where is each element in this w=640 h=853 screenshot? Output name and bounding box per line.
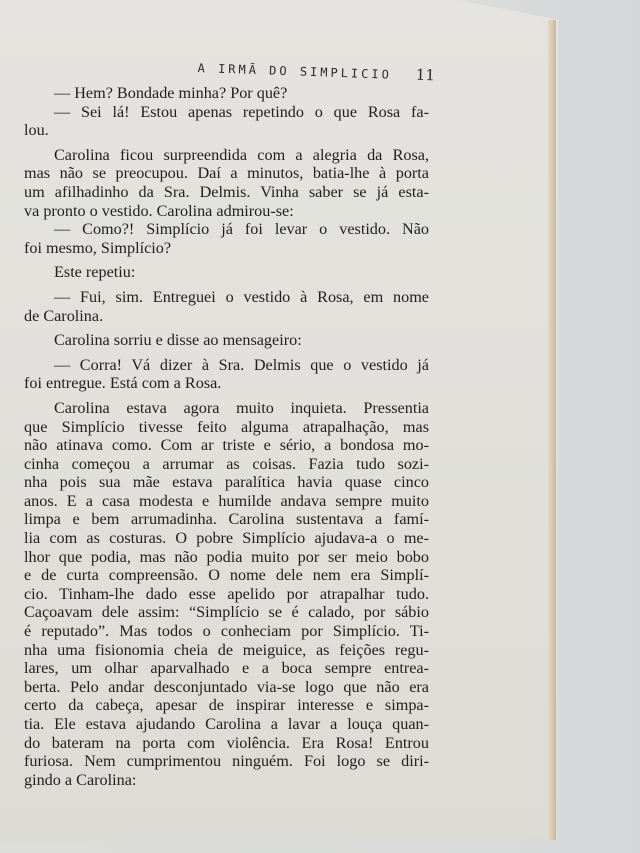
text-line: Carolina estava agora muito inquieta. Pr… <box>24 399 429 418</box>
text-line: e de curta compreensão. O nome dele nem … <box>24 566 429 585</box>
text-line: nha uma fisionomia cheia de meiguice, as… <box>24 641 429 660</box>
text-line: certo da cabeça, apesar de inspirar inte… <box>24 696 429 715</box>
text-line: anos. E a casa modesta e humilde andava … <box>24 492 429 511</box>
text-line: va pronto o vestido. Carolina admirou-se… <box>24 202 429 221</box>
text-line: tia. Ele estava ajudando Carolina a lava… <box>24 715 429 734</box>
text-line: — Corra! Vá dizer à Sra. Delmis que o ve… <box>24 356 429 375</box>
text-line: furiosa. Nem cumprimentou ninguém. Foi l… <box>24 752 429 771</box>
text-line: um afilhadinho da Sra. Delmis. Vinha sab… <box>24 183 429 202</box>
text-line: Carolina sorriu e disse ao mensageiro: <box>24 331 429 350</box>
page-number: 11 <box>416 66 436 85</box>
text-line: Este repetiu: <box>24 263 429 282</box>
text-line: lia com as costuras. O pobre Simplício a… <box>24 529 429 548</box>
running-head-title: A IRMÃ DO SIMPLICIO <box>197 61 392 82</box>
text-line: lhor que podia, mas não podia muito por … <box>24 548 429 567</box>
text-line: não atinava como. Com ar triste e sério,… <box>24 436 429 455</box>
text-line: berta. Pelo andar desconjuntado via-se l… <box>24 678 429 697</box>
text-line: nha pois sua mãe estava paralítica havia… <box>24 473 429 492</box>
text-line: do bateram na porta com violência. Era R… <box>24 734 429 753</box>
body-text: — Hem? Bondade minha? Por quê?— Sei lá! … <box>24 84 429 789</box>
text-line: — Fui, sim. Entreguei o vestido à Rosa, … <box>24 288 429 307</box>
text-line: lou. <box>24 121 429 140</box>
page-content: A IRMÃ DO SIMPLICIO11 — Hem? Bondade min… <box>0 0 640 853</box>
text-line: de Carolina. <box>24 307 429 326</box>
text-line: lares, um olhar aparvalhado e a boca sem… <box>24 659 429 678</box>
text-line: gindo a Carolina: <box>24 771 429 790</box>
text-line: — Hem? Bondade minha? Por quê? <box>24 84 429 103</box>
text-line: — Como?! Simplício já foi levar o vestid… <box>24 220 429 239</box>
text-line: limpa e bem arrumadinha. Carolina susten… <box>24 510 429 529</box>
text-line: foi entregue. Está com a Rosa. <box>24 374 429 393</box>
running-header: A IRMÃ DO SIMPLICIO11 <box>197 58 435 84</box>
text-line: cinha começou a arrumar as coisas. Fazia… <box>24 455 429 474</box>
text-line: foi mesmo, Simplício? <box>24 239 429 258</box>
text-line: — Sei lá! Estou apenas repetindo o que R… <box>24 103 429 122</box>
text-line: Caçoavam dele assim: “Simplício se é cal… <box>24 603 429 622</box>
text-line: é reputado”. Mas todos o conheciam por S… <box>24 622 429 641</box>
text-line: que Simplício tivesse feito alguma atrap… <box>24 418 429 437</box>
text-line: cio. Tinham-lhe dado esse apelido por at… <box>24 585 429 604</box>
text-line: Carolina ficou surpreendida com a alegri… <box>24 146 429 165</box>
text-line: mas não se preocupou. Daí a minutos, bat… <box>24 164 429 183</box>
